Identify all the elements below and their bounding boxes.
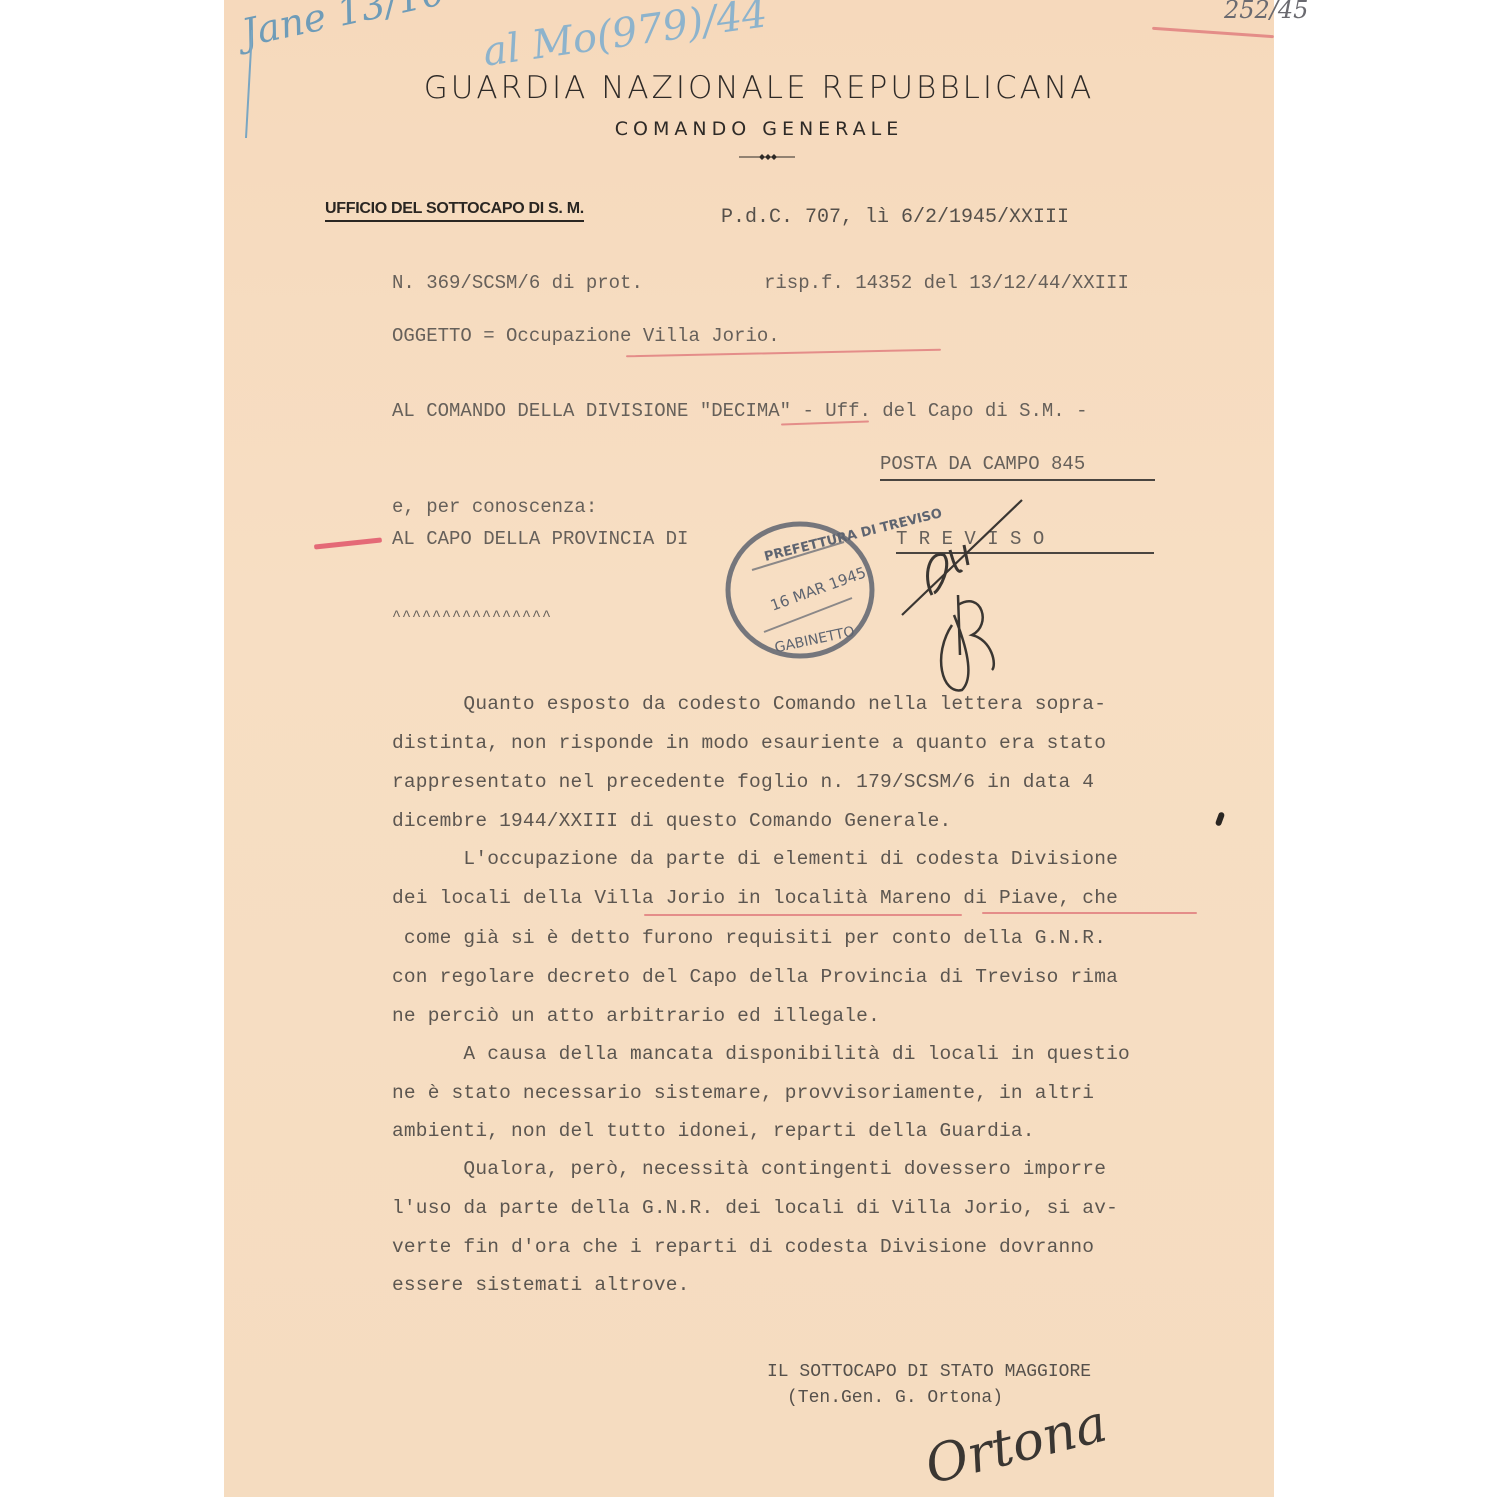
body-line: ne perciò un atto arbitrario ed illegale… bbox=[392, 1005, 880, 1027]
subject-line: OGGETTO = Occupazione Villa Jorio. bbox=[392, 325, 780, 347]
handwritten-note-top-right: 252/45 bbox=[1224, 0, 1308, 24]
body-line: verte fin d'ora che i reparti di codesta… bbox=[392, 1236, 1094, 1258]
prefecture-stamp: 16 MAR 1945 PREFETTURA DI TREVISO GABINE… bbox=[724, 520, 876, 660]
red-pencil-underline bbox=[644, 914, 962, 916]
protocol-number: N. 369/SCSM/6 di prot. bbox=[392, 272, 643, 294]
body-line: come già si è detto furono requisiti per… bbox=[392, 927, 1106, 949]
cc-label: e, per conoscenza: bbox=[392, 496, 597, 518]
ink-mark bbox=[1215, 811, 1225, 826]
letterhead-title: GUARDIA NAZIONALE REPUBBLICANA bbox=[224, 70, 1284, 106]
ornament-divider-icon bbox=[739, 152, 795, 162]
separator-line: ^^^^^^^^^^^^^^^^ bbox=[392, 608, 552, 625]
handwritten-note-top-center: al Mo(979)/44 bbox=[480, 0, 770, 76]
body-line: l'uso da parte della G.N.R. dei locali d… bbox=[392, 1197, 1118, 1219]
red-pencil-mark bbox=[1152, 27, 1274, 39]
signatory-title: IL SOTTOCAPO DI STATO MAGGIORE bbox=[767, 1362, 1091, 1382]
handwritten-initials-icon bbox=[892, 495, 1042, 705]
handwritten-note-top-left: Jane 13/10 bbox=[238, 0, 449, 55]
body-line: rappresentato nel precedente foglio n. 1… bbox=[392, 771, 1094, 793]
signatory-name: (Ten.Gen. G. Ortona) bbox=[787, 1388, 1003, 1408]
office-label: UFFICIO DEL SOTTOCAPO DI S. M. bbox=[325, 200, 584, 222]
body-line: essere sistemati altrove. bbox=[392, 1274, 690, 1296]
red-pencil-underline bbox=[982, 912, 1197, 914]
cc-recipient: AL CAPO DELLA PROVINCIA DI bbox=[392, 528, 688, 550]
body-line: Qualora, però, necessità contingenti dov… bbox=[392, 1158, 1106, 1180]
red-pencil-mark bbox=[314, 537, 382, 549]
body-line: distinta, non risponde in modo esaurient… bbox=[392, 732, 1106, 754]
body-line: dei locali della Villa Jorio in località… bbox=[392, 887, 1118, 909]
reply-reference: risp.f. 14352 del 13/12/44/XXIII bbox=[764, 272, 1129, 294]
body-line: Quanto esposto da codesto Comando nella … bbox=[392, 693, 1106, 715]
body-line: dicembre 1944/XXIII di questo Comando Ge… bbox=[392, 810, 951, 832]
primary-address: POSTA DA CAMPO 845 bbox=[880, 453, 1155, 481]
body-line: ambienti, non del tutto idonei, reparti … bbox=[392, 1120, 1035, 1142]
document-page: Jane 13/10 al Mo(979)/44 252/45 GUARDIA … bbox=[224, 0, 1274, 1497]
body-line: A causa della mancata disponibilità di l… bbox=[392, 1043, 1130, 1065]
letterhead-subtitle: COMANDO GENERALE bbox=[224, 118, 1284, 140]
handwritten-signature: Ortona bbox=[919, 1394, 1112, 1497]
body-line: con regolare decreto del Capo della Prov… bbox=[392, 966, 1118, 988]
red-pencil-underline bbox=[626, 349, 941, 358]
body-line: L'occupazione da parte di elementi di co… bbox=[392, 848, 1118, 870]
body-line: ne è stato necessario sistemare, provvis… bbox=[392, 1082, 1094, 1104]
place-date: P.d.C. 707, lì 6/2/1945/XXIII bbox=[721, 206, 1069, 229]
primary-recipient: AL COMANDO DELLA DIVISIONE "DECIMA" - Uf… bbox=[392, 400, 1088, 422]
